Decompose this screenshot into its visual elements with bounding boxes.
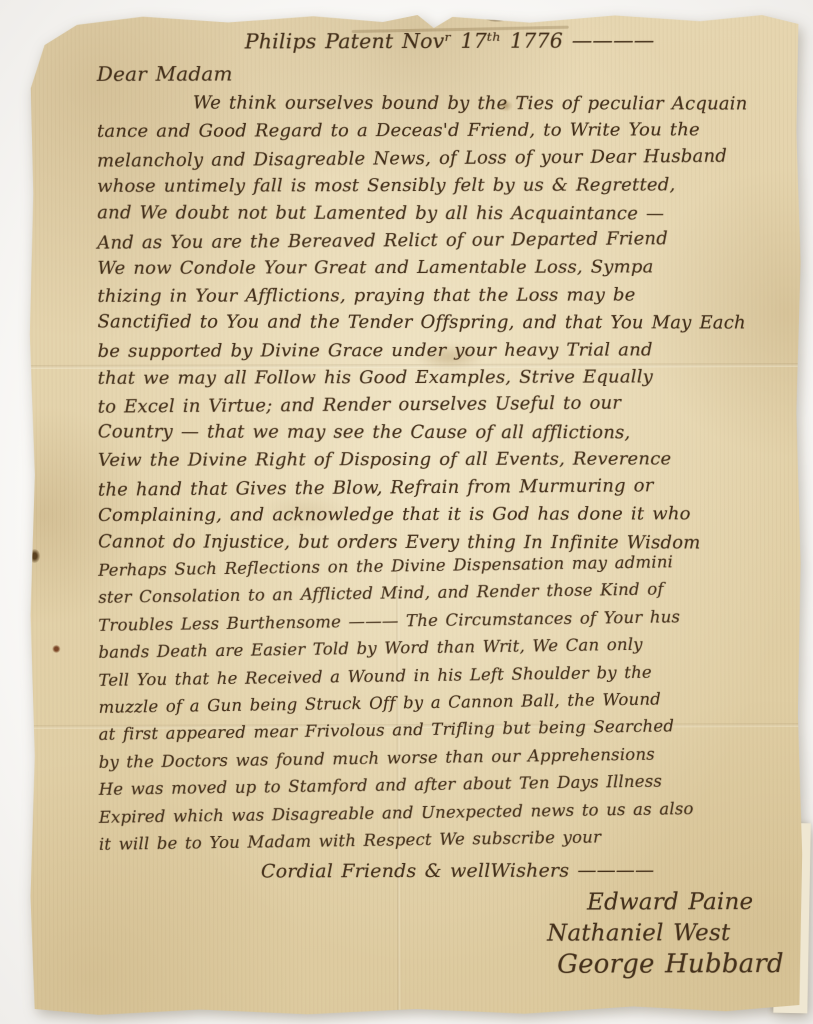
letter-line: the hand that Gives the Blow, Refrain fr… — [98, 471, 778, 504]
top-edge-tear-stain — [483, 11, 509, 22]
letter-text: Philips Patent Novʳ 17ᵗʰ 1776 ———— Dear … — [97, 25, 780, 1009]
letter-salutation: Dear Madam — [97, 58, 777, 89]
letter-line: We think ourselves bound by the Ties of … — [97, 89, 777, 118]
letter-line: Complaining, and acknowledge that it is … — [98, 500, 778, 529]
small-red-stain — [52, 645, 60, 653]
letter-body: We think ourselves bound by the Ties of … — [97, 89, 779, 858]
letter-line: Country — that we may see the Cause of a… — [98, 418, 778, 447]
signature-nathaniel-west: Nathaniel West — [547, 918, 779, 950]
letter-line: be supported by Divine Grace under your … — [98, 336, 778, 365]
letter-line: Veiw the Divine Right of Disposing of al… — [98, 445, 778, 474]
letter-line: melancholy and Disagreable News, of Loss… — [97, 142, 777, 175]
letter-line: We now Condole Your Great and Lamentable… — [97, 253, 777, 282]
letter-line: Sanctified to You and the Tender Offspri… — [97, 309, 777, 338]
signature-edward-paine: Edward Paine — [587, 887, 779, 919]
letter-paper: Philips Patent Novʳ 17ᵗʰ 1776 ———— Dear … — [27, 11, 804, 1017]
left-edge-stain — [29, 549, 40, 563]
signature-block: Edward Paine Nathaniel West George Hubba… — [99, 887, 779, 982]
letter-paper-wrap: Philips Patent Novʳ 17ᵗʰ 1776 ———— Dear … — [27, 11, 804, 1017]
letter-line: that we may all Follow his Good Examples… — [98, 363, 778, 392]
signature-george-hubbard: George Hubbard — [557, 949, 779, 981]
letter-line: thizing in Your Afflictions, praying tha… — [97, 281, 777, 310]
letter-line: tance and Good Regard to a Deceas'd Frie… — [97, 116, 777, 145]
letter-closing: Cordial Friends & wellWishers ———— — [261, 856, 779, 886]
letter-line: And as You are the Bereaved Relict of ou… — [97, 224, 777, 257]
letter-line: to Excel in Virtue; and Render ourselves… — [98, 389, 778, 422]
letter-line: whose untimely fall is most Sensibly fel… — [97, 171, 777, 200]
letter-dateline: Philips Patent Novʳ 17ᵗʰ 1776 ———— — [245, 25, 777, 56]
letter-line: and We doubt not but Lamented by all his… — [97, 199, 777, 228]
